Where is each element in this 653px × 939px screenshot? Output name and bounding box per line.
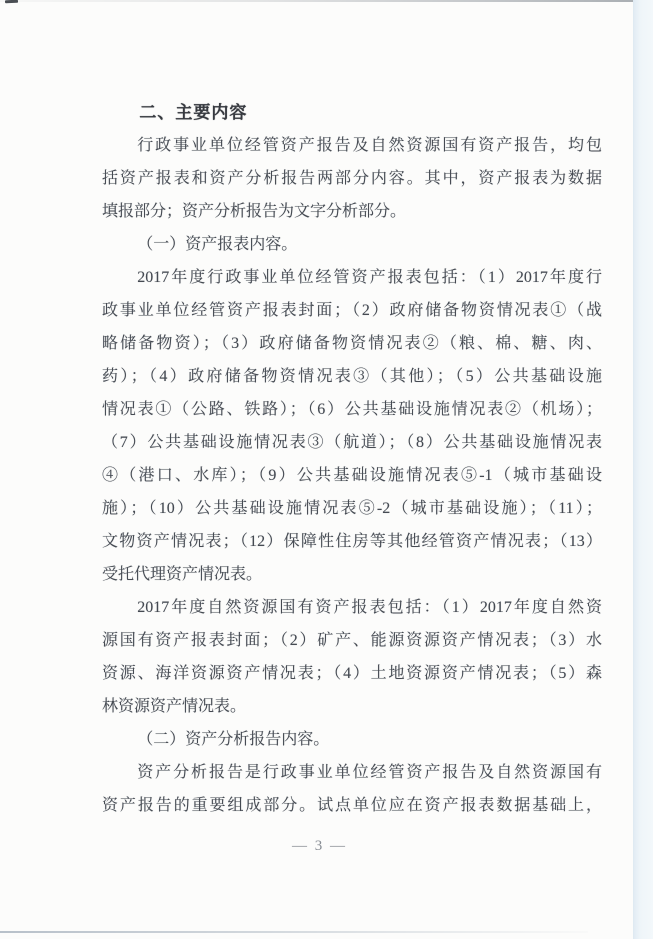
scanned-document-page: 二、主要内容行政事业单位经管资产报告及自然资源国有资产报告，均包括资产报表和资产… (0, 0, 653, 939)
text-line: 资产报告的重要组成部分。试点单位应在资产报表数据基础上， (102, 789, 602, 822)
text-line: 源国有资产报表封面；（2）矿产、能源资源资产情况表；（3）水 (102, 624, 602, 657)
text-line: 药）；（4）政府储备物资情况表③（其他）；（5）公共基础设施 (102, 360, 602, 393)
text-line: 略储备物资）；（3）政府储备物资情况表②（粮、棉、糖、肉、 (102, 327, 602, 360)
text-line: 受托代理资产情况表。 (102, 558, 602, 591)
document-body: 二、主要内容行政事业单位经管资产报告及自然资源国有资产报告，均包括资产报表和资产… (102, 96, 602, 822)
text-line: （二）资产分析报告内容。 (102, 723, 602, 756)
text-line: 2017年度行政事业单位经管资产报表包括：（1）2017年度行 (102, 261, 602, 294)
scan-right-edge-shadow (633, 0, 653, 939)
section-heading: 二、主要内容 (102, 96, 602, 129)
text-line: 资源、海洋资源资产情况表；（4）土地资源资产情况表；（5）森 (102, 657, 602, 690)
text-line: 文物资产情况表；（12）保障性住房等其他经管资产情况表；（13） (102, 525, 602, 558)
scan-bottom-edge-artifact (0, 931, 588, 933)
text-line: ④（港口、水库）；（9）公共基础设施情况表⑤-1（城市基础设 (102, 459, 602, 492)
text-line: （7）公共基础设施情况表③（航道）；（8）公共基础设施情况表 (102, 426, 602, 459)
text-line: 填报部分；资产分析报告为文字分析部分。 (102, 195, 602, 228)
page-number: — 3 — (0, 838, 639, 855)
text-line: 政事业单位经管资产报表封面；（2）政府储备物资情况表①（战 (102, 294, 602, 327)
text-line: 行政事业单位经管资产报告及自然资源国有资产报告，均包 (102, 129, 602, 162)
text-line: （一）资产报表内容。 (102, 228, 602, 261)
text-line: 情况表①（公路、铁路）；（6）公共基础设施情况表②（机场）； (102, 393, 602, 426)
text-line: 施）；（10）公共基础设施情况表⑤-2（城市基础设施）；（11）； (102, 492, 602, 525)
scan-corner-mark-artifact (5, 0, 18, 3)
text-line: 林资源资产情况表。 (102, 690, 602, 723)
text-line: 2017年度自然资源国有资产报表包括：（1）2017年度自然资 (102, 591, 602, 624)
scan-top-edge-artifact (0, 0, 653, 2)
text-line: 括资产报表和资产分析报告两部分内容。其中，资产报表为数据 (102, 162, 602, 195)
text-line: 资产分析报告是行政事业单位经管资产报告及自然资源国有 (102, 756, 602, 789)
